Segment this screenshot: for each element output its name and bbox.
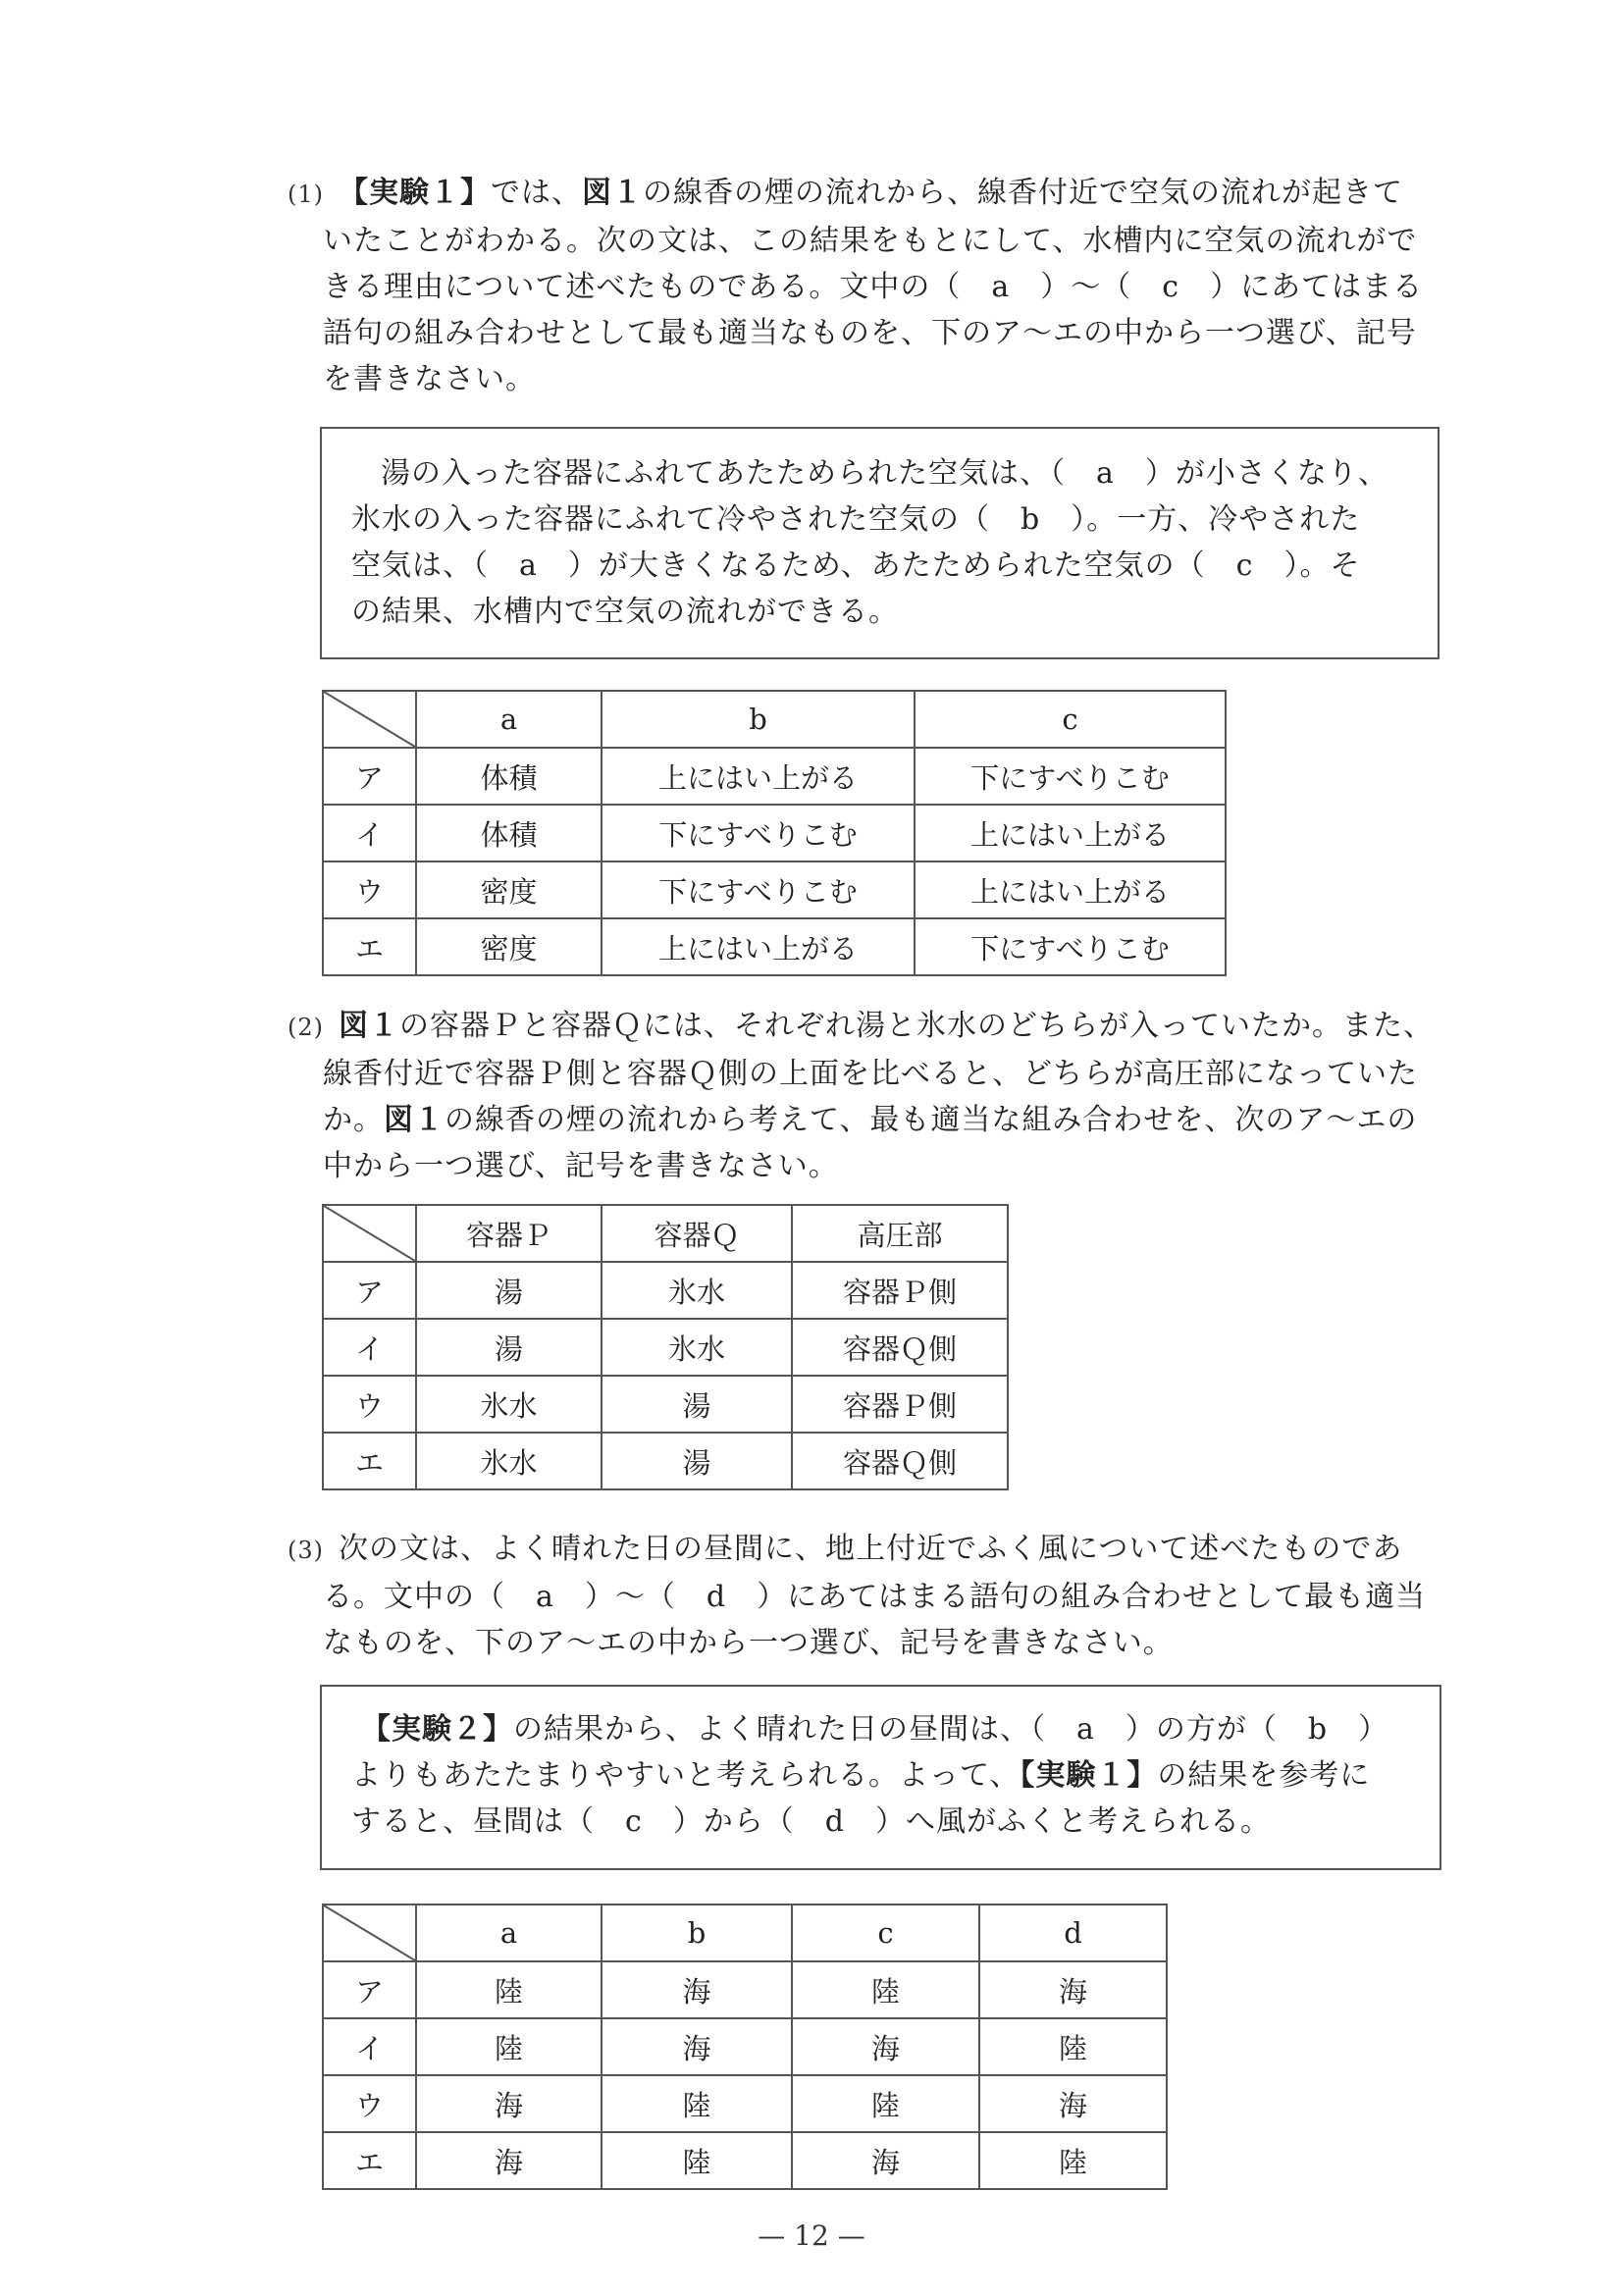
column-header-a: a xyxy=(416,1905,602,1961)
diagonal-line-icon xyxy=(324,1905,415,1960)
passage-line-2: 氷水の入った容器にふれて冷やされた空気の（ b ）。一方、冷やされた xyxy=(351,496,1418,543)
question-2-line-3: か。図１の線香の煙の流れから考えて、最も適当な組み合わせを、次のア～エの xyxy=(288,1097,1440,1143)
question-2-line-4: 中から一つ選び、記号を書きなさい。 xyxy=(288,1143,1440,1189)
row-label: エ xyxy=(323,1433,416,1489)
question-1-line-4: 語句の組み合わせとして最も適当なものを、下のア～エの中から一つ選び、記号 xyxy=(288,310,1440,356)
table-row: ウ 密度 下にすべりこむ 上にはい上がる xyxy=(323,861,1226,918)
passage-line-1: 湯の入った容器にふれてあたためられた空気は、（ a ）が小さくなり、 xyxy=(351,450,1418,496)
table-cell: 海 xyxy=(416,2132,602,2189)
table-cell: 陸 xyxy=(416,1961,602,2018)
table-cell: 湯 xyxy=(602,1433,792,1489)
question-3-line-2: る。文中の（ a ）～（ d ）にあてはまる語句の組み合わせとして最も適当 xyxy=(288,1574,1440,1620)
table-corner-cell xyxy=(323,691,416,748)
experiment-1-ref: 【実験１】 xyxy=(1020,1758,1157,1793)
question-2-line-2: 線香付近で容器Ｐ側と容器Ｑ側の上面を比べると、どちらが高圧部になっていた xyxy=(288,1051,1440,1097)
question-3-line-1: (3)次の文は、よく晴れた日の昼間に、地上付近でふく風について述べたものであ xyxy=(288,1526,1440,1574)
table-cell: 体積 xyxy=(416,748,602,805)
table-cell: 氷水 xyxy=(602,1262,792,1319)
table-cell: 陸 xyxy=(792,1961,979,2018)
passage-line-3: 空気は、（ a ）が大きくなるため、あたためられた空気の（ c ）。そ xyxy=(351,543,1418,589)
column-header-b: b xyxy=(602,691,915,748)
text-fragment: 次の文は、よく晴れた日の昼間に、地上付近でふく風について述べたものであ xyxy=(339,1532,1402,1566)
row-label: ア xyxy=(323,1262,416,1319)
question-1-number: (1) xyxy=(288,172,339,218)
question-3-passage-box: 【実験２】の結果から、よく晴れた日の昼間は、（ a ）の方が（ b ） よりもあ… xyxy=(320,1685,1441,1870)
column-header-container-q: 容器Ｑ xyxy=(602,1205,792,1262)
table-cell: 上にはい上がる xyxy=(602,748,915,805)
question-2-choice-table: 容器Ｐ 容器Ｑ 高圧部 ア 湯 氷水 容器Ｐ側 イ 湯 氷水 容器Ｑ側 ウ 氷水… xyxy=(322,1204,1009,1490)
figure-1-ref: 図１ xyxy=(582,176,643,210)
table-cell: 上にはい上がる xyxy=(915,861,1226,918)
table-row: イ 陸 海 海 陸 xyxy=(323,2018,1167,2075)
column-header-high-pressure: 高圧部 xyxy=(792,1205,1008,1262)
question-1-line-5: を書きなさい。 xyxy=(288,356,1440,402)
table-cell: 海 xyxy=(416,2075,602,2132)
question-1-line-3: きる理由について述べたものである。文中の（ a ）～（ c ）にあてはまる xyxy=(288,264,1440,310)
question-3-line-3: なものを、下のア～エの中から一つ選び、記号を書きなさい。 xyxy=(288,1620,1440,1666)
table-row: エ 海 陸 海 陸 xyxy=(323,2132,1167,2189)
table-corner-cell xyxy=(323,1205,416,1262)
column-header-c: c xyxy=(915,691,1226,748)
column-header-d: d xyxy=(979,1905,1167,1961)
table-header-row: a b c d xyxy=(323,1905,1167,1961)
text-fragment: か。 xyxy=(323,1103,384,1137)
table-cell: 陸 xyxy=(979,2132,1167,2189)
row-label: イ xyxy=(323,1319,416,1376)
table-row: ア 陸 海 陸 海 xyxy=(323,1961,1167,2018)
question-1-prompt: (1)【実験１】では、図１の線香の煙の流れから、線香付近で空気の流れが起きて い… xyxy=(288,170,1440,402)
question-1-line-2: いたことがわかる。次の文は、この結果をもとにして、水槽内に空気の流れがで xyxy=(288,218,1440,264)
row-label: ウ xyxy=(323,1376,416,1433)
table-cell: 下にすべりこむ xyxy=(915,918,1226,975)
row-label: エ xyxy=(323,918,416,975)
passage-line-2: よりもあたたまりやすいと考えられる。よって、【実験１】の結果を参考に xyxy=(351,1752,1420,1799)
experiment-1-ref: 【実験１】 xyxy=(339,176,491,210)
table-cell: 海 xyxy=(602,2018,792,2075)
table-cell: 湯 xyxy=(416,1262,602,1319)
table-row: イ 湯 氷水 容器Ｑ側 xyxy=(323,1319,1008,1376)
question-2-number: (2) xyxy=(288,1005,339,1051)
column-header-b: b xyxy=(602,1905,792,1961)
question-1-choice-table: a b c ア 体積 上にはい上がる 下にすべりこむ イ 体積 下にすべりこむ … xyxy=(322,690,1227,976)
table-cell: 湯 xyxy=(416,1319,602,1376)
table-cell: 陸 xyxy=(602,2075,792,2132)
text-fragment: の結果から、よく晴れた日の昼間は、（ a ）の方が（ b ） xyxy=(513,1712,1388,1747)
diagonal-line-icon xyxy=(324,1206,415,1261)
table-cell: 密度 xyxy=(416,918,602,975)
text-fragment: の結果を参考に xyxy=(1157,1758,1370,1793)
passage-line-4: の結果、水槽内で空気の流れができる。 xyxy=(351,589,1418,635)
table-cell: 下にすべりこむ xyxy=(915,748,1226,805)
figure-1-ref: 図１ xyxy=(384,1103,445,1137)
table-cell: 海 xyxy=(792,2132,979,2189)
column-header-a: a xyxy=(416,691,602,748)
column-header-c: c xyxy=(792,1905,979,1961)
table-row: イ 体積 下にすべりこむ 上にはい上がる xyxy=(323,805,1226,861)
figure-1-ref: 図１ xyxy=(339,1009,399,1043)
table-cell: 体積 xyxy=(416,805,602,861)
text-fragment: の容器Ｐと容器Ｑには、それぞれ湯と氷水のどちらが入っていたか。また、 xyxy=(399,1009,1434,1043)
row-label: ウ xyxy=(323,861,416,918)
row-label: エ xyxy=(323,2132,416,2189)
table-cell: 海 xyxy=(979,2075,1167,2132)
passage-line-1: 【実験２】の結果から、よく晴れた日の昼間は、（ a ）の方が（ b ） xyxy=(351,1706,1420,1752)
table-cell: 湯 xyxy=(602,1376,792,1433)
table-row: ウ 氷水 湯 容器Ｐ側 xyxy=(323,1376,1008,1433)
row-label: イ xyxy=(323,2018,416,2075)
table-cell: 氷水 xyxy=(602,1319,792,1376)
diagonal-line-icon xyxy=(324,692,415,747)
table-cell: 上にはい上がる xyxy=(602,918,915,975)
table-header-row: 容器Ｐ 容器Ｑ 高圧部 xyxy=(323,1205,1008,1262)
question-3-prompt: (3)次の文は、よく晴れた日の昼間に、地上付近でふく風について述べたものであ る… xyxy=(288,1526,1440,1666)
row-label: ウ xyxy=(323,2075,416,2132)
page-number: — 12 — xyxy=(0,2219,1623,2252)
column-header-container-p: 容器Ｐ xyxy=(416,1205,602,1262)
table-cell: 陸 xyxy=(602,2132,792,2189)
table-cell: 容器Ｑ側 xyxy=(792,1433,1008,1489)
text-fragment: の線香の煙の流れから考えて、最も適当な組み合わせを、次のア～エの xyxy=(445,1103,1417,1137)
text-fragment: では、 xyxy=(491,176,582,210)
table-row: ア 湯 氷水 容器Ｐ側 xyxy=(323,1262,1008,1319)
question-3-number: (3) xyxy=(288,1528,339,1574)
table-cell: 容器Ｑ側 xyxy=(792,1319,1008,1376)
table-cell: 陸 xyxy=(792,2075,979,2132)
table-cell: 海 xyxy=(792,2018,979,2075)
row-label: ア xyxy=(323,748,416,805)
question-3-choice-table: a b c d ア 陸 海 陸 海 イ 陸 海 海 陸 ウ 海 陸 陸 海 エ … xyxy=(322,1904,1168,2190)
table-cell: 下にすべりこむ xyxy=(602,805,915,861)
table-cell: 海 xyxy=(979,1961,1167,2018)
table-cell: 氷水 xyxy=(416,1376,602,1433)
passage-line-3: すると、昼間は（ c ）から（ d ）へ風がふくと考えられる。 xyxy=(351,1799,1420,1845)
question-2-prompt: (2)図１の容器Ｐと容器Ｑには、それぞれ湯と氷水のどちらが入っていたか。また、 … xyxy=(288,1003,1440,1189)
table-row: ア 体積 上にはい上がる 下にすべりこむ xyxy=(323,748,1226,805)
question-2-line-1: (2)図１の容器Ｐと容器Ｑには、それぞれ湯と氷水のどちらが入っていたか。また、 xyxy=(288,1003,1440,1051)
table-row: エ 氷水 湯 容器Ｑ側 xyxy=(323,1433,1008,1489)
text-fragment: よりもあたたまりやすいと考えられる。よって、 xyxy=(351,1758,1020,1793)
table-row: エ 密度 上にはい上がる 下にすべりこむ xyxy=(323,918,1226,975)
table-cell: 陸 xyxy=(416,2018,602,2075)
table-cell: 容器Ｐ側 xyxy=(792,1376,1008,1433)
experiment-2-ref: 【実験２】 xyxy=(361,1712,513,1747)
table-cell: 海 xyxy=(602,1961,792,2018)
table-cell: 氷水 xyxy=(416,1433,602,1489)
table-cell: 容器Ｐ側 xyxy=(792,1262,1008,1319)
table-corner-cell xyxy=(323,1905,416,1961)
row-label: ア xyxy=(323,1961,416,2018)
table-cell: 上にはい上がる xyxy=(915,805,1226,861)
table-cell: 陸 xyxy=(979,2018,1167,2075)
table-header-row: a b c xyxy=(323,691,1226,748)
table-cell: 密度 xyxy=(416,861,602,918)
question-1-passage-box: 湯の入った容器にふれてあたためられた空気は、（ a ）が小さくなり、 氷水の入っ… xyxy=(320,427,1440,659)
question-1-line-1: (1)【実験１】では、図１の線香の煙の流れから、線香付近で空気の流れが起きて xyxy=(288,170,1440,218)
table-cell: 下にすべりこむ xyxy=(602,861,915,918)
table-row: ウ 海 陸 陸 海 xyxy=(323,2075,1167,2132)
text-fragment: の線香の煙の流れから、線香付近で空気の流れが起きて xyxy=(643,176,1403,210)
row-label: イ xyxy=(323,805,416,861)
